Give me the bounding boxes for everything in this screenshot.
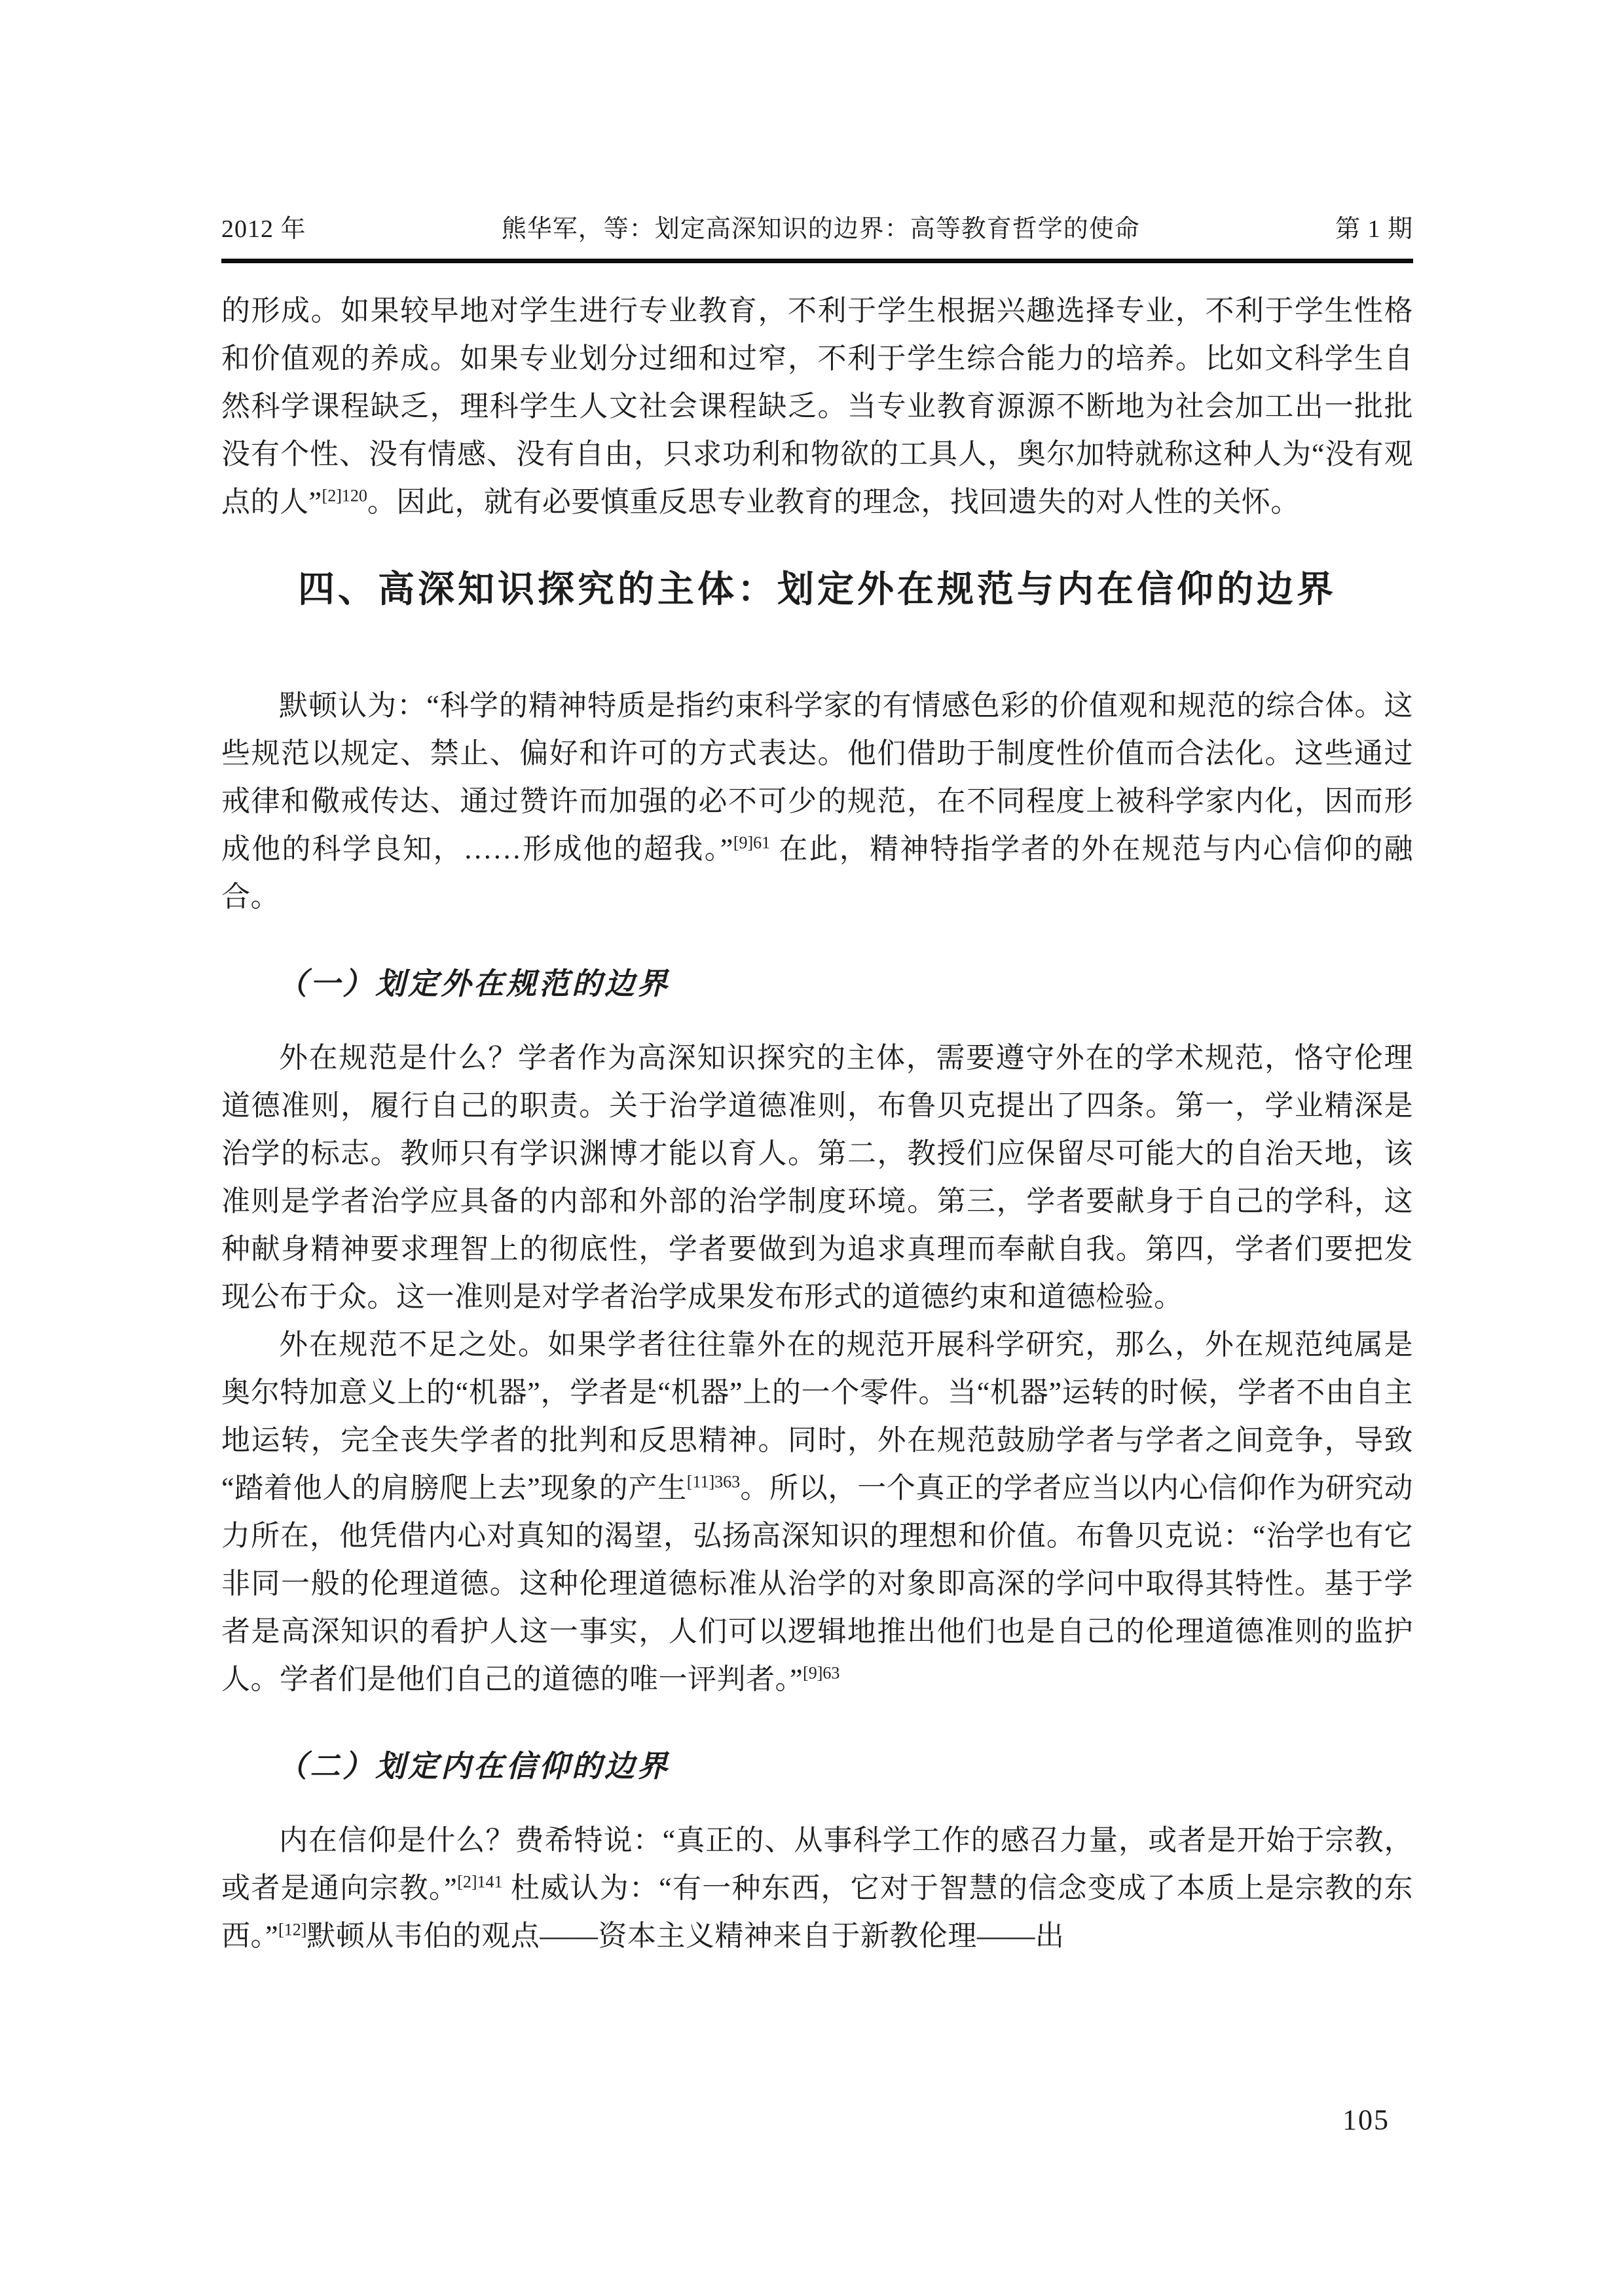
header-article-title: 熊华军，等：划定高深知识的边界：高等教育哲学的使命 [306, 208, 1335, 244]
citation-ref: [9]61 [733, 833, 770, 852]
header-issue: 第 1 期 [1335, 208, 1413, 244]
section-heading: 四、高深知识探究的主体：划定外在规范与内在信仰的边界 [221, 564, 1413, 616]
text-segment: 。所以，一个真正的学者应当以内心信仰作为研究动力所在，他凭借内心对真知的渴望，弘… [221, 1472, 1413, 1695]
running-head: 2012 年 熊华军，等：划定高深知识的边界：高等教育哲学的使命 第 1 期 [221, 208, 1413, 244]
text-segment: 。因此，就有必要慎重反思专业教育的理念，找回遗失的对人性的关怀。 [367, 486, 1300, 518]
article-body: 的形成。如果较早地对学生进行专业教育，不利于学生根据兴趣选择专业，不利于学生性格… [221, 287, 1413, 1960]
paragraph: 外在规范是什么？学者作为高深知识探究的主体，需要遵守外在的学术规范，恪守伦理道德… [221, 1034, 1413, 1321]
header-year: 2012 年 [221, 208, 306, 244]
citation-ref: [11]363 [687, 1472, 740, 1491]
subheading: （一）划定外在规范的边界 [277, 960, 1413, 1008]
journal-page: 2012 年 熊华军，等：划定高深知识的边界：高等教育哲学的使命 第 1 期 的… [0, 0, 1624, 2295]
page-number: 105 [1342, 2103, 1390, 2137]
citation-ref: [12] [278, 1920, 306, 1939]
subheading: （二）划定内在信仰的边界 [277, 1742, 1413, 1790]
citation-ref: [2]141 [457, 1872, 502, 1891]
citation-ref: [9]63 [803, 1663, 840, 1682]
citation-ref: [2]120 [322, 486, 367, 505]
text-segment: 的形成。如果较早地对学生进行专业教育，不利于学生根据兴趣选择专业，不利于学生性格… [221, 295, 1413, 518]
paragraph: 默顿认为：“科学的精神特质是指约束科学家的有情感色彩的价值观和规范的综合体。这些… [221, 682, 1413, 921]
page-content: 2012 年 熊华军，等：划定高深知识的边界：高等教育哲学的使命 第 1 期 的… [221, 0, 1413, 1960]
paragraph: 外在规范不足之处。如果学者往往靠外在的规范开展科学研究，那么，外在规范纯属是奥尔… [221, 1321, 1413, 1703]
text-segment: 默顿从韦伯的观点——资本主义精神来自于新教伦理——出 [306, 1920, 1064, 1952]
text-segment: 外在规范是什么？学者作为高深知识探究的主体，需要遵守外在的学术规范，恪守伦理道德… [221, 1042, 1413, 1313]
paragraph: 的形成。如果较早地对学生进行专业教育，不利于学生根据兴趣选择专业，不利于学生性格… [221, 287, 1413, 526]
header-rule [221, 259, 1413, 263]
paragraph: 内在信仰是什么？费希特说：“真正的、从事科学工作的感召力量，或者是开始于宗教，或… [221, 1816, 1413, 1960]
